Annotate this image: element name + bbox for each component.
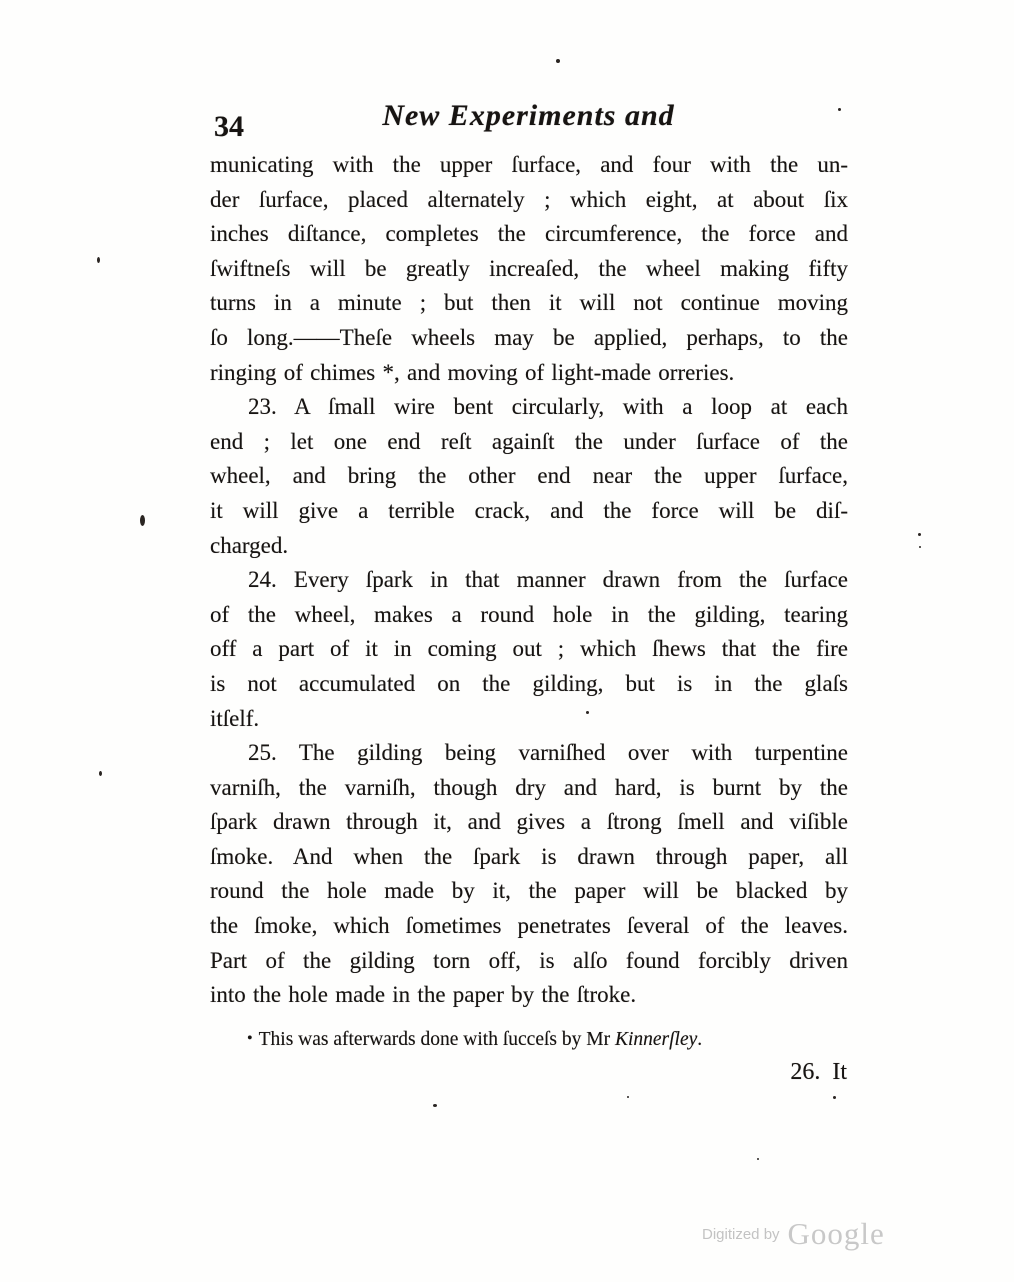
paragraph: 24. Every ſpark in that manner drawn fro… — [210, 563, 848, 736]
scan-speck — [833, 1096, 836, 1099]
scan-speck — [627, 1096, 629, 1098]
text-line: varniſh, the varniſh, though dry and har… — [210, 771, 848, 806]
text-line: inches diſtance, completes the circumfer… — [210, 217, 848, 252]
text-line: is not accumulated on the gilding, but i… — [210, 667, 848, 702]
footnote-text: This was afterwards done with ſucceſs by… — [259, 1029, 615, 1050]
footnote-suffix: . — [697, 1029, 702, 1050]
scan-speck — [586, 711, 589, 714]
text-line: 24. Every ſpark in that manner drawn fro… — [210, 563, 848, 598]
text-line: itſelf. — [210, 702, 848, 737]
scan-speck — [919, 546, 921, 548]
text-line: it will give a terrible crack, and the f… — [210, 494, 848, 529]
footnote: •This was afterwards done with ſucceſs b… — [247, 1029, 702, 1051]
scan-speck — [99, 771, 102, 776]
footnote-marker: • — [247, 1030, 259, 1047]
text-line: end ; let one end reſt againſt the under… — [210, 425, 848, 460]
text-line: the ſmoke, which ſometimes penetrates ſe… — [210, 909, 848, 944]
digitized-by-label: Digitized by — [702, 1226, 780, 1243]
google-logo: Google — [788, 1216, 885, 1252]
running-header-title: New Experiments and — [210, 99, 847, 133]
text-line: into the hole made in the paper by the ſ… — [210, 978, 848, 1013]
text-line: off a part of it in coming out ; which ſ… — [210, 632, 848, 667]
footnote-name-italic: Kinnerſley — [615, 1029, 697, 1050]
text-line: ſwiftneſs will be greatly increaſed, the… — [210, 252, 848, 287]
text-line: ſo long.——Theſe wheels may be applied, p… — [210, 321, 848, 356]
scan-speck — [433, 1104, 437, 1107]
text-line: der ſurface, placed alternately ; which … — [210, 183, 848, 218]
text-line: charged. — [210, 529, 848, 564]
text-line: wheel, and bring the other end near the … — [210, 459, 848, 494]
text-line: ſmoke. And when the ſpark is drawn throu… — [210, 840, 848, 875]
scan-speck — [556, 59, 560, 63]
scan-speck — [140, 515, 145, 526]
paragraph: municating with the upper ſurface, and f… — [210, 148, 848, 390]
paragraph: 25. The gilding being varniſhed over wit… — [210, 736, 848, 1013]
text-line: ringing of chimes *, and moving of light… — [210, 356, 848, 391]
text-line: round the hole made by it, the paper wil… — [210, 874, 848, 909]
scan-speck — [838, 108, 841, 111]
body-text: municating with the upper ſurface, and f… — [210, 148, 848, 1013]
scan-speck — [757, 1158, 759, 1160]
paragraph: 23. A ſmall wire bent circularly, with a… — [210, 390, 848, 563]
text-line: turns in a minute ; but then it will not… — [210, 286, 848, 321]
google-watermark: Digitized by Google — [702, 1216, 885, 1252]
text-line: 23. A ſmall wire bent circularly, with a… — [210, 390, 848, 425]
scan-speck — [918, 533, 921, 536]
text-line: 25. The gilding being varniſhed over wit… — [210, 736, 848, 771]
scanned-book-page: 34 New Experiments and municating with t… — [0, 0, 1014, 1282]
text-line: of the wheel, makes a round hole in the … — [210, 598, 848, 633]
text-line: municating with the upper ſurface, and f… — [210, 148, 848, 183]
text-line: Part of the gilding torn off, is alſo fo… — [210, 944, 848, 979]
scan-speck — [97, 257, 100, 263]
text-line: ſpark drawn through it, and gives a ſtro… — [210, 805, 848, 840]
catchword: 26. It — [210, 1059, 847, 1086]
